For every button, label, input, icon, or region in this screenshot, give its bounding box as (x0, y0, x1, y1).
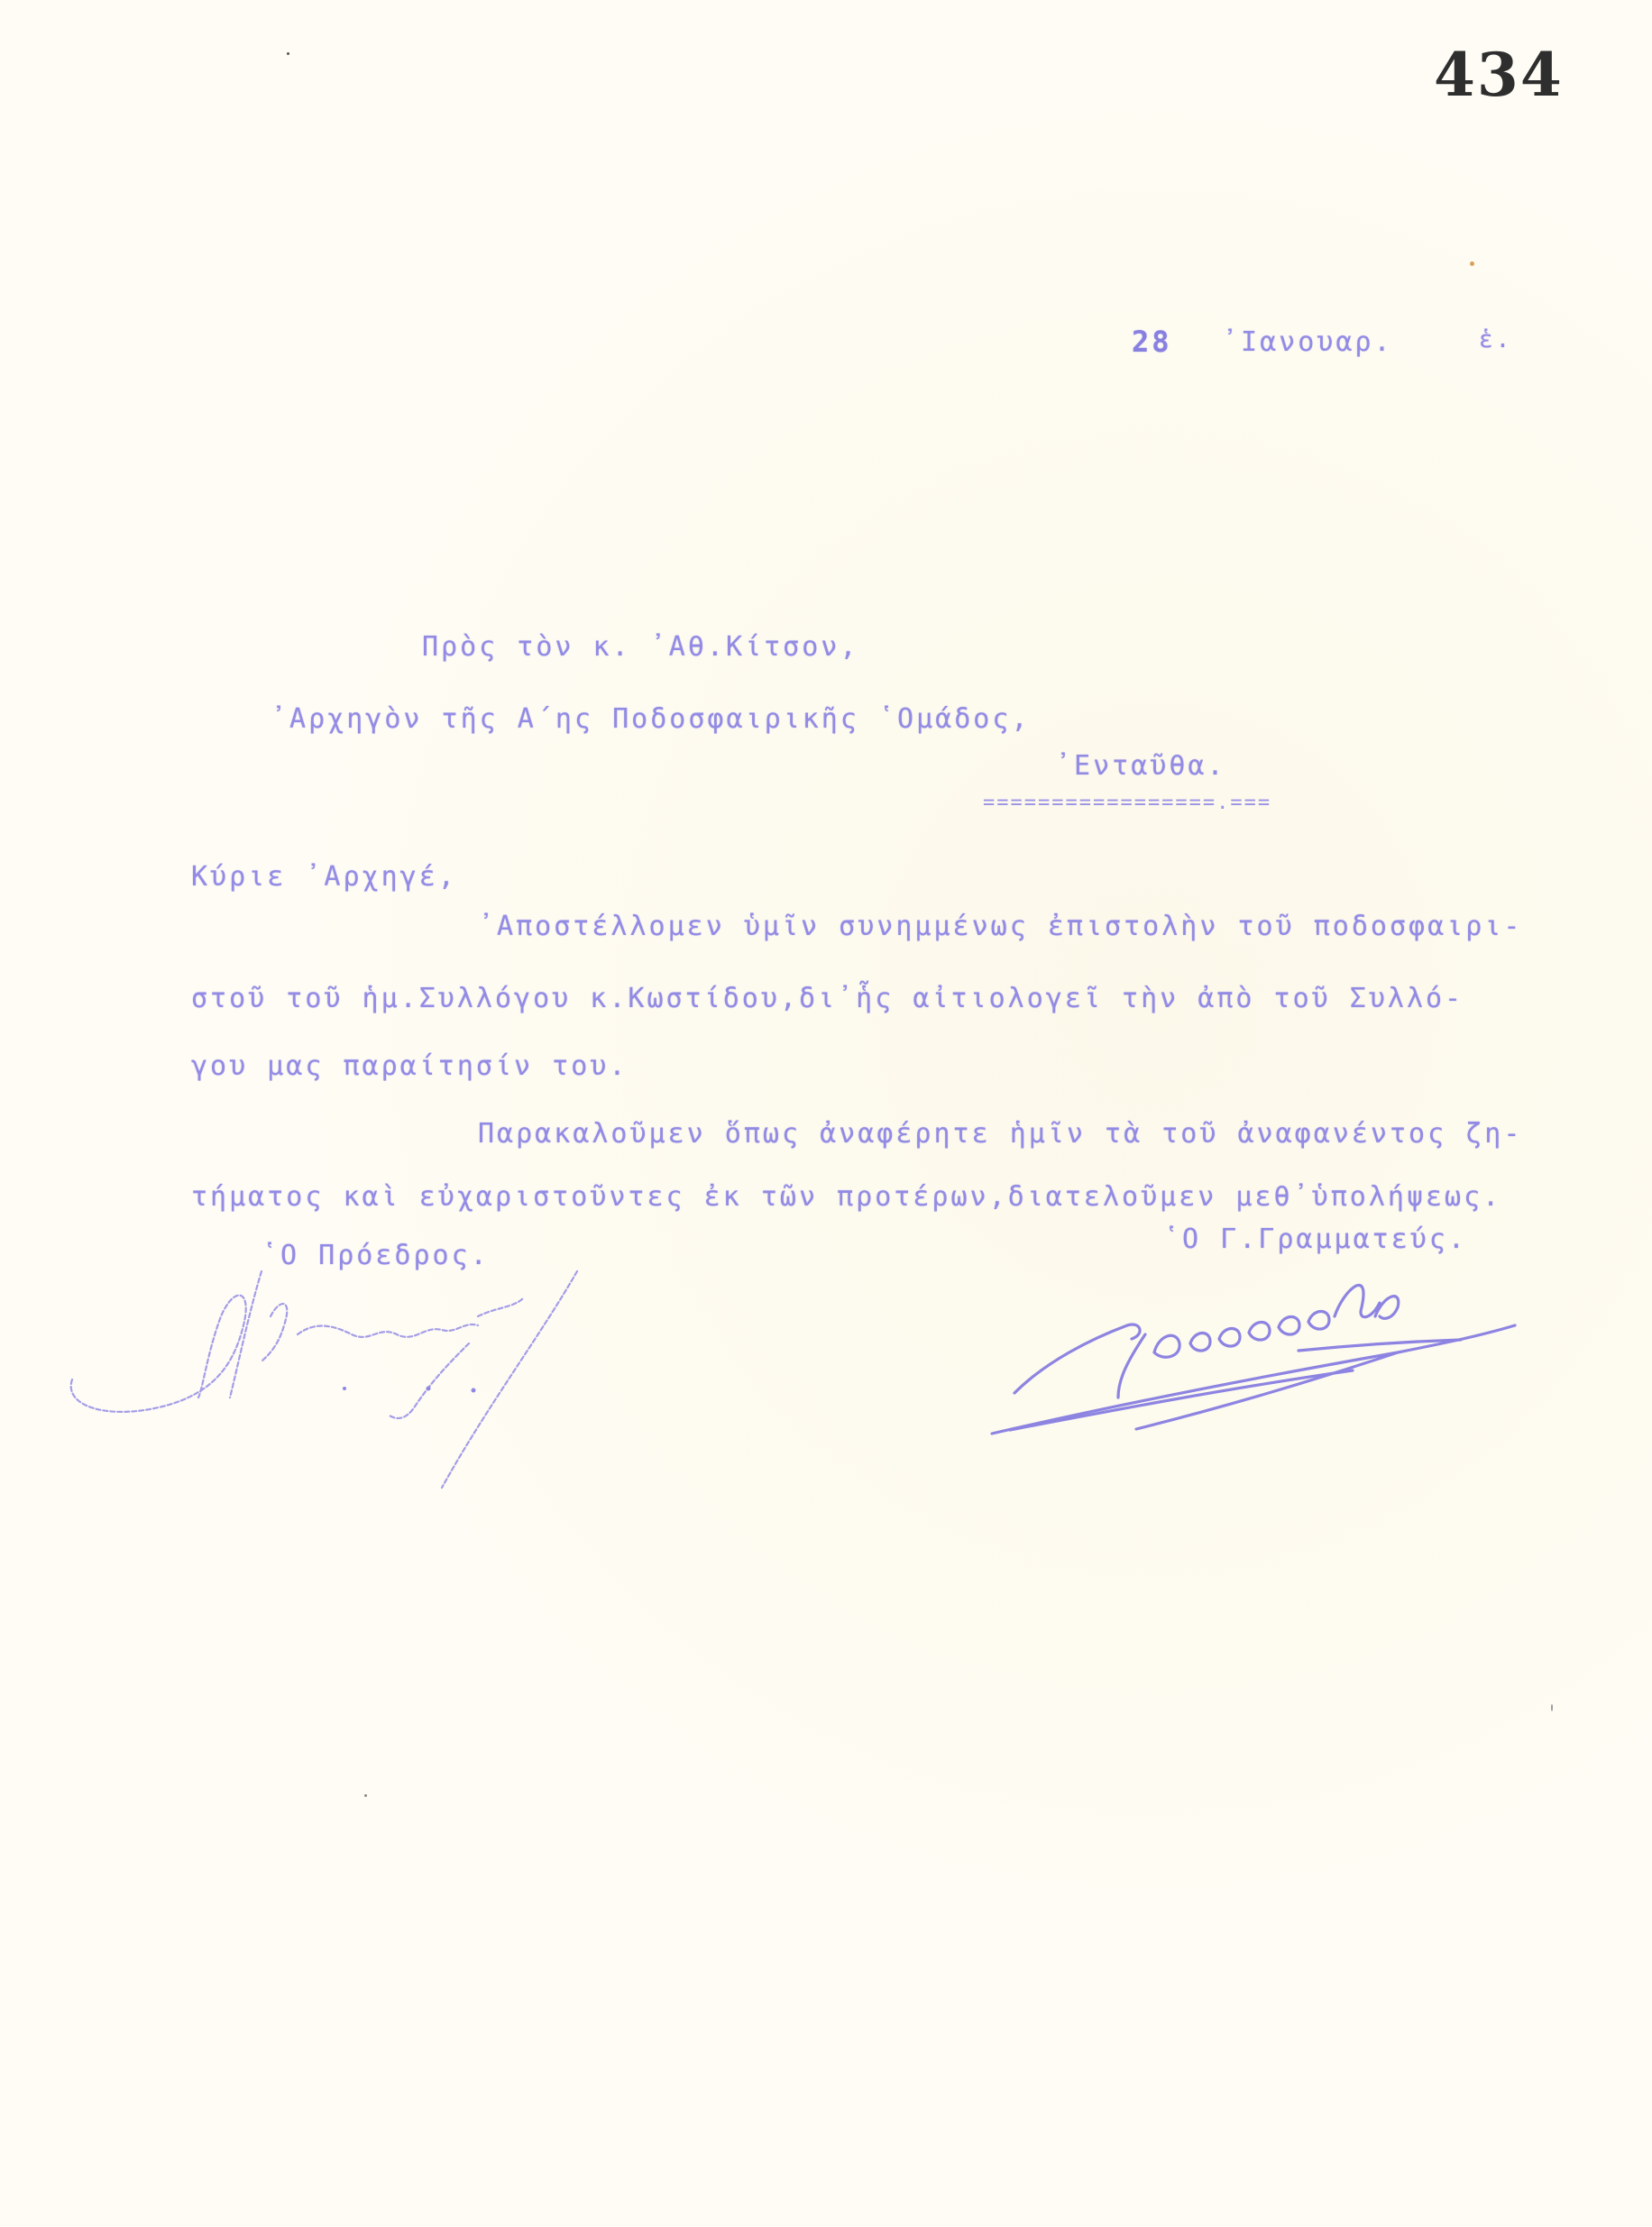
date-day: 28 (1132, 325, 1172, 359)
president-signature-icon (54, 1262, 595, 1515)
paper-speck (1551, 1704, 1553, 1711)
recipient-underline: =================.=== (983, 792, 1271, 814)
document-page: 434 28 ᾿Ιανουαρ. ἑ. Πρὸς τὸν κ. ᾿Αθ.Κίτσ… (0, 0, 1652, 2227)
body-line-3: γου μας παραίτησίν του. (191, 1050, 628, 1082)
paper-speck (364, 1794, 367, 1797)
body-line-1: ᾿Αποστέλλομεν ὑμῖν συνημμένως ἐπιστολὴν … (478, 911, 1522, 942)
recipient-line-1: Πρὸς τὸν κ. ᾿Αθ.Κίτσον, (422, 631, 858, 663)
date-month: ᾿Ιανουαρ. (1222, 326, 1393, 358)
body-line-2: στοῦ τοῦ ἡμ.Συλλόγου κ.Κωστίδου,δι᾿ἧς αἰ… (191, 983, 1464, 1014)
paper-speck (1470, 261, 1474, 266)
paper-speck (287, 52, 289, 55)
date-suffix: ἑ. (1479, 326, 1512, 353)
recipient-line-2: ᾿Αρχηγὸν τῆς Α΄ης Ποδοσφαιρικῆς ῾Ομάδος, (271, 703, 1030, 735)
secretary-title: ῾Ο Γ.Γραμματεύς. (1163, 1223, 1467, 1255)
salutation: Κύριε ᾿Αρχηγέ, (191, 861, 457, 893)
page-number: 434 (1434, 40, 1564, 110)
secretary-signature-icon (974, 1253, 1605, 1452)
recipient-line-3: ᾿Ενταῦθα. (1055, 750, 1226, 782)
body-line-4: Παρακαλοῦμεν ὅπως ἀναφέρητε ἡμῖν τὰ τοῦ … (478, 1118, 1522, 1150)
body-line-5: τήματος καὶ εὐχαριστοῦντες ἐκ τῶν προτέρ… (191, 1181, 1501, 1213)
